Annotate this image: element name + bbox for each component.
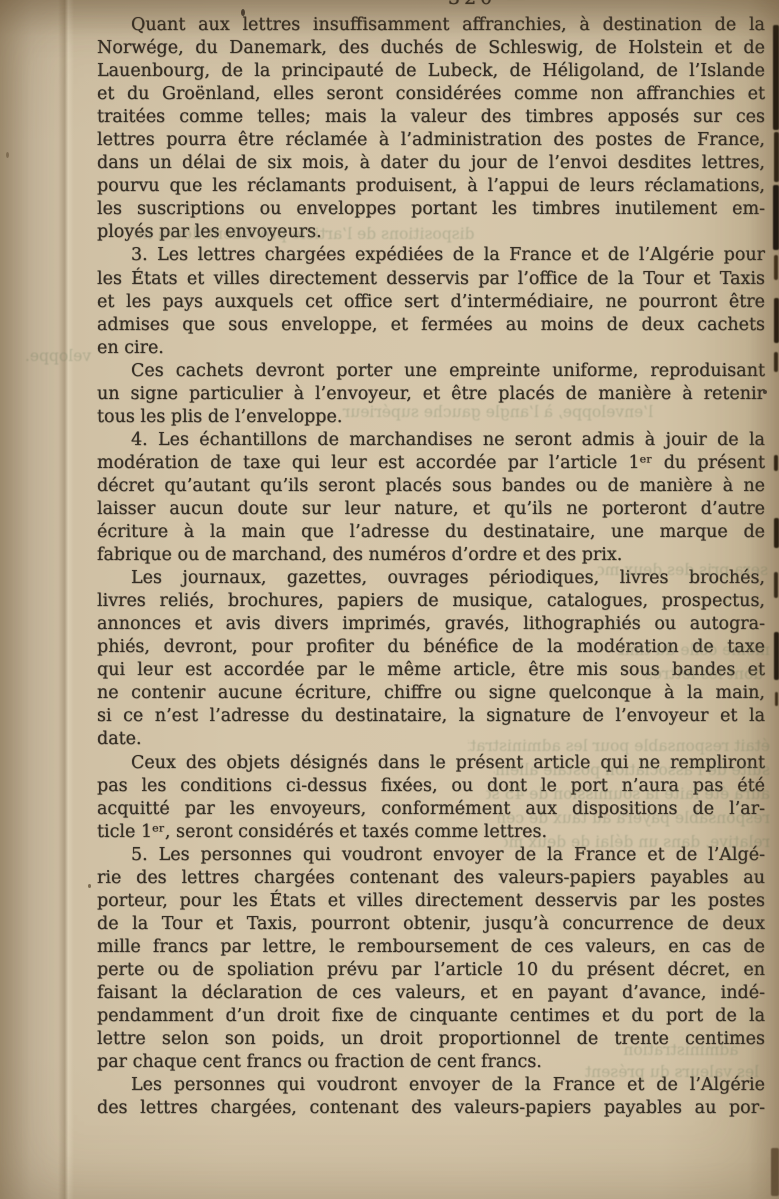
text-line: et du Groënland, elles seront considérée… [97, 83, 765, 106]
text-line: les États et villes directement desservi… [97, 268, 765, 291]
text-line: lettres pourra être réclamée à l’adminis… [97, 129, 765, 152]
text-line: perte ou de spoliation prévu par l’artic… [97, 959, 765, 982]
text-line: de la Tour et Taxis, pourront obtenir, j… [97, 913, 765, 936]
page-edge-mark [771, 1148, 779, 1196]
text-line: pourvu que les réclamants produisent, à … [97, 175, 765, 198]
page-edge-mark [774, 455, 778, 471]
text-line: écriture à la main que l’adresse du dest… [97, 521, 765, 544]
text-line: faisant la déclaration de ces valeurs, e… [97, 982, 765, 1005]
ink-speck [763, 390, 767, 394]
ink-speck [241, 9, 245, 16]
text-line: Ces cachets devront porter une empreinte… [97, 360, 765, 383]
text-line: ne contenir aucune écriture, chiffre ou … [97, 682, 765, 705]
page-edge-mark [774, 255, 778, 280]
text-line: ticle 1ᵉʳ, seront considérés et taxés co… [97, 821, 765, 844]
text-column: Quant aux lettres insuffisamment affranc… [97, 14, 765, 1120]
text-line: fabrique ou de marchand, des numéros d’o… [97, 544, 765, 567]
paragraph: 3. Les lettres chargées expédiées de la … [97, 244, 765, 359]
text-line: admises que sous enveloppe, et fermées a… [97, 314, 765, 337]
page-number-fragment: 320 — [448, 0, 578, 8]
text-line: ployés par les envoyeurs. [97, 221, 765, 244]
text-line: rie des lettres chargées contenant des v… [97, 867, 765, 890]
text-line: des lettres chargées, contenant des vale… [97, 1097, 765, 1120]
text-line: tous les plis de l’enveloppe. [97, 406, 765, 429]
text-line: par chaque cent francs ou fraction de ce… [97, 1051, 765, 1074]
page-edge-mark [774, 518, 779, 548]
text-line: annonces et avis divers imprimés, gravés… [97, 613, 765, 636]
page-edge-mark [774, 352, 778, 372]
page-edge-mark [773, 25, 779, 130]
text-line: date. [97, 728, 765, 751]
paragraph: Ces cachets devront porter une empreinte… [97, 360, 765, 429]
text-line: lettre selon son poids, un droit proport… [97, 1028, 765, 1051]
paragraph: 5. Les personnes qui voudront envoyer de… [97, 844, 765, 1074]
text-line: traitées comme telles; mais la valeur de… [97, 106, 765, 129]
page-edge-mark [775, 692, 778, 706]
page-edge-mark [773, 185, 779, 250]
text-line: mille francs par lettre, le remboursemen… [97, 936, 765, 959]
text-line: acquitté par les envoyeurs, conformément… [97, 798, 765, 821]
ink-speck [88, 884, 91, 888]
paragraph: Les personnes qui voudront envoyer de la… [97, 1074, 765, 1120]
text-line: qui leur est accordée par le même articl… [97, 659, 765, 682]
paragraph: Ceux des objets désignés dans le présent… [97, 752, 765, 844]
text-line: 4. Les échantillons de marchandises ne s… [97, 429, 765, 452]
text-line: Lauenbourg, de la principauté de Lubeck,… [97, 60, 765, 83]
text-line: dans un délai de six mois, à dater du jo… [97, 152, 765, 175]
paragraph: Quant aux lettres insuffisamment affranc… [97, 14, 765, 244]
text-line: porteur, pour les États et villes direct… [97, 890, 765, 913]
book-page-photo: 320 — Quant aux lettres insuffisamment a… [0, 0, 779, 1199]
page-edge-mark [774, 132, 779, 182]
text-line: livres reliés, brochures, papiers de mus… [97, 590, 765, 613]
text-line: pendamment d’un droit fixe de cinquante … [97, 1005, 765, 1028]
text-line: laisser aucun doute sur leur nature, et … [97, 498, 765, 521]
text-line: 5. Les personnes qui voudront envoyer de… [97, 844, 765, 867]
text-line: pas les conditions ci-dessus fixées, ou … [97, 775, 765, 798]
text-line: Norwége, du Danemark, des duchés de Schl… [97, 37, 765, 60]
paragraph: Les journaux, gazettes, ouvrages périodi… [97, 567, 765, 751]
paragraph: 4. Les échantillons de marchandises ne s… [97, 429, 765, 567]
page-edge-mark [774, 298, 779, 343]
text-line: Les journaux, gazettes, ouvrages périodi… [97, 567, 765, 590]
page-edge-mark [774, 572, 778, 598]
text-line: un signe particulier à l’envoyeur, et êt… [97, 383, 765, 406]
text-line: si ce n’est l’adresse du destinataire, l… [97, 705, 765, 728]
page-edge-mark [774, 632, 779, 680]
text-line: en cire. [97, 337, 765, 360]
text-line: décret qu’autant qu’ils seront placés so… [97, 475, 765, 498]
ink-speck [6, 152, 9, 158]
text-line: modération de taxe qui leur est accordée… [97, 452, 765, 475]
page-number-text: 320 — [448, 0, 529, 8]
text-line: Quant aux lettres insuffisamment affranc… [97, 14, 765, 37]
text-line: et les pays auxquels cet office sert d’i… [97, 291, 765, 314]
text-line: Les personnes qui voudront envoyer de la… [97, 1074, 765, 1097]
gutter-crease [58, 0, 74, 1199]
text-line: 3. Les lettres chargées expédiées de la … [97, 244, 765, 267]
text-line: Ceux des objets désignés dans le présent… [97, 752, 765, 775]
text-line: phiés, devront, pour profiter du bénéfic… [97, 636, 765, 659]
text-line: les suscriptions ou enveloppes portant l… [97, 198, 765, 221]
